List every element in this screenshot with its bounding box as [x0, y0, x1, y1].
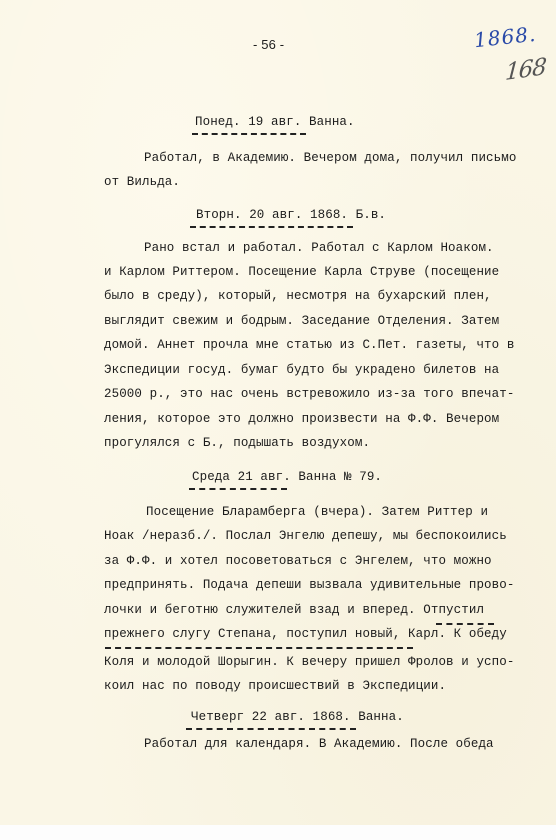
entry-heading: Среда 21 авг. Ванна № 79.: [192, 471, 382, 484]
entry-text-line: лочки и беготню служителей взад и вперед…: [104, 604, 484, 617]
entry-text-line: Работал, в Академию. Вечером дома, получ…: [144, 152, 516, 165]
entry-text-line: было в среду), который, несмотря на буха…: [104, 290, 492, 303]
entry-heading: Вторн. 20 авг. 1868. Б.в.: [196, 209, 386, 222]
entry-text-line: Экспедиции госуд. бумаг будто бы украден…: [104, 364, 499, 377]
entry-text-line: предпринять. Подача депеши вызвала удиви…: [104, 579, 514, 592]
entry-text-line: коил нас по поводу происшествий в Экспед…: [104, 680, 446, 693]
heading-underline: [190, 226, 353, 228]
scan-background: [0, 825, 556, 840]
entry-text-line: Коля и молодой Шорыгин. К вечеру пришел …: [104, 656, 514, 669]
handwritten-folio-number: 168: [504, 56, 546, 85]
entry-text-line: домой. Аннет прочла мне статью из С.Пет.…: [104, 339, 514, 352]
handwritten-year-annotation: 1868.: [473, 24, 537, 50]
text-underline: [436, 623, 494, 625]
entry-heading: Понед. 19 авг. Ванна.: [195, 116, 355, 129]
text-underline: [105, 647, 413, 649]
entry-text-line: 25000 р., это нас очень встревожило из-з…: [104, 388, 514, 401]
entry-text-line: ления, которое это должно произвести на …: [104, 413, 499, 426]
entry-text-line: прежнего слугу Степана, поступил новый, …: [104, 628, 507, 641]
entry-text-line: Работал для календаря. В Академию. После…: [144, 738, 494, 751]
entry-text-line: Посещение Бларамберга (вчера). Затем Рит…: [146, 506, 488, 519]
entry-text-line: Рано встал и работал. Работал с Карлом Н…: [144, 242, 494, 255]
entry-text-line: за Ф.Ф. и хотел посоветоваться с Энгелем…: [104, 555, 492, 568]
entry-text-line: и Карлом Риттером. Посещение Карла Струв…: [104, 266, 499, 279]
page-number: - 56 -: [253, 38, 284, 51]
entry-heading: Четверг 22 авг. 1868. Ванна.: [191, 711, 404, 724]
entry-text-line: прогулялся с Б., подышать воздухом.: [104, 437, 370, 450]
entry-text-line: Ноак /неразб./. Послал Энгелю депешу, мы…: [104, 530, 507, 543]
heading-underline: [192, 133, 306, 135]
entry-text-line: от Вильда.: [104, 176, 180, 189]
entry-text-line: выглядит свежим и бодрым. Заседание Отде…: [104, 315, 499, 328]
heading-underline: [186, 728, 356, 730]
heading-underline: [189, 488, 287, 490]
typewritten-page: - 56 - 1868. 168 Понед. 19 авг. Ванна. Р…: [0, 0, 556, 825]
